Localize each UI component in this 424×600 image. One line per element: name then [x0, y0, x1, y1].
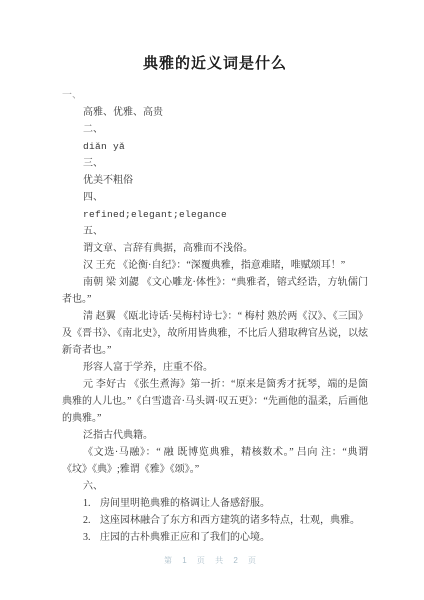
- numbered-item: 2.这座园林融合了东方和西方建筑的诸多特点，壮观，典雅。: [62, 512, 368, 529]
- page-number: 第 1 页 共 2 页: [164, 556, 260, 565]
- text-line: 六、: [62, 478, 368, 495]
- paragraph: 谓文章、言辞有典据，高雅而不浅俗。: [62, 240, 368, 257]
- item-text: 庄园的古朴典雅正应和了我们的心境。: [100, 529, 270, 546]
- text-line: refined;elegant;elegance: [62, 206, 368, 223]
- item-number: 3.: [83, 529, 100, 546]
- text-line: diǎn yǎ: [62, 138, 368, 155]
- paragraph: 元 李好古 《张生煮海》第一折：“原来是箇秀才抚琴，端的是箇典雅的人儿也。”《白…: [62, 376, 368, 427]
- text-line: 五、: [62, 223, 368, 240]
- page-title: 典雅的近义词是什么: [62, 56, 368, 72]
- item-text: 房间里明艳典雅的格调让人备感舒服。: [100, 495, 270, 512]
- text-line: 二、: [62, 121, 368, 138]
- paragraph: 汉 王充 《论衡·自纪》：“深覆典雅，指意难睹，唯赋颂耳！”: [62, 257, 368, 274]
- paragraph: 泛指古代典籍。: [62, 427, 368, 444]
- item-number: 2.: [83, 512, 100, 529]
- text-line: 四、: [62, 189, 368, 206]
- section-marker: 一、: [62, 87, 368, 104]
- text-line: 高雅、优雅、高贵: [62, 104, 368, 121]
- document-body: 一、高雅、优雅、高贵二、diǎn yǎ三、优美不粗俗四、refined;eleg…: [62, 87, 368, 546]
- text-line: 三、: [62, 155, 368, 172]
- numbered-item: 3.庄园的古朴典雅正应和了我们的心境。: [62, 529, 368, 546]
- paragraph: 《文选·马融》：“ 融 既博览典雅，精核数术。” 吕向 注：“典谓《坟》《典》;…: [62, 444, 368, 478]
- page-footer: 第 1 页 共 2 页: [0, 555, 424, 566]
- paragraph: 南朝 梁 刘勰 《文心雕龙·体性》：“典雅者，镕式经诰，方轨儒门者也。”: [62, 274, 368, 308]
- numbered-item: 1.房间里明艳典雅的格调让人备感舒服。: [62, 495, 368, 512]
- text-line: 优美不粗俗: [62, 172, 368, 189]
- item-number: 1.: [83, 495, 100, 512]
- paragraph: 形容人富于学养，庄重不俗。: [62, 359, 368, 376]
- document-page: 典雅的近义词是什么 一、高雅、优雅、高贵二、diǎn yǎ三、优美不粗俗四、re…: [0, 0, 424, 600]
- item-text: 这座园林融合了东方和西方建筑的诸多特点，壮观，典雅。: [100, 512, 360, 529]
- paragraph: 清 赵翼 《瓯北诗话·吴梅村诗七》：“ 梅村 熟於两《汉》、《三国》及《晋书》、…: [62, 308, 368, 359]
